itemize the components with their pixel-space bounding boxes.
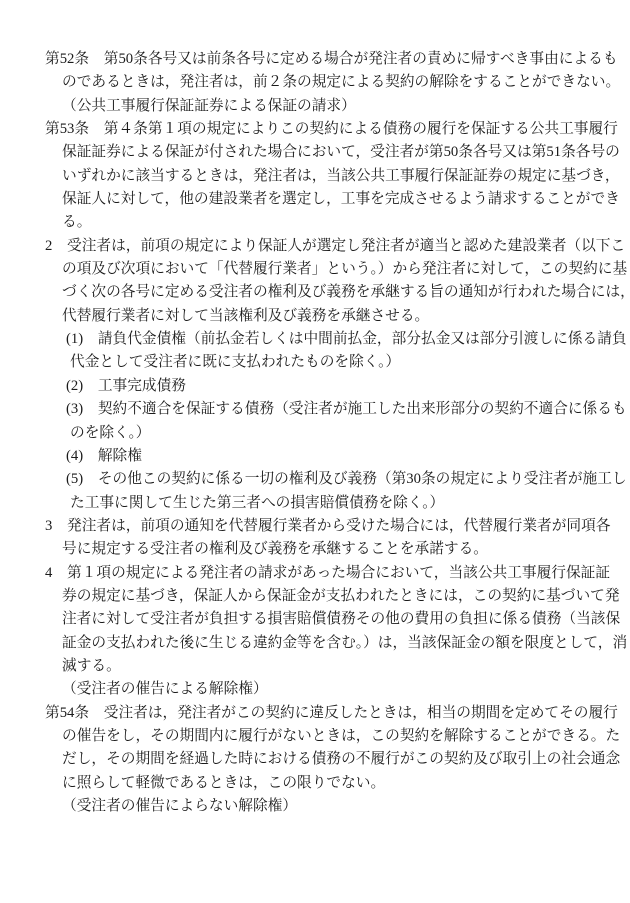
text-line: だし，その期間を経過した時における債務の不履行がこの契約及び取引上の社会通念 xyxy=(62,748,623,771)
text-line: (2) 工事完成債務 xyxy=(66,375,623,398)
text-line: (1) 請負代金債権（前払金若しくは中間前払金，部分払金又は部分引渡しに係る請負 xyxy=(66,328,623,351)
section-heading-bond-request: （公共工事履行保証証券による保証の請求） xyxy=(45,95,623,118)
section-heading-termination-with-notice: （受注者の催告による解除権） xyxy=(45,678,623,701)
article-53-paragraph-4: 4 第１項の規定による発注者の請求があった場合において，当該公共工事履行保証証券… xyxy=(45,562,623,679)
text-line: に照らして軽微であるときは，この限りでない。 xyxy=(62,772,623,795)
article-53-paragraph-2-item-3: (3) 契約不適合を保証する債務（受注者が施工した出来形部分の契約不適合に係るも… xyxy=(45,398,623,445)
article-53-paragraph-2-item-4: (4) 解除権 xyxy=(45,445,623,468)
text-line: （受注者の催告によらない解除権） xyxy=(62,795,623,818)
article-53-paragraph-2: 2 受注者は，前項の規定により保証人が選定し発注者が適当と認めた建設業者（以下こ… xyxy=(45,235,623,328)
text-line: （受注者の催告による解除権） xyxy=(62,678,623,701)
article-54: 第54条 受注者は，発注者がこの契約に違反したときは，相当の期間を定めてその履行… xyxy=(45,702,623,795)
text-line: 2 受注者は，前項の規定により保証人が選定し発注者が適当と認めた建設業者（以下こ xyxy=(45,235,623,258)
text-line: 4 第１項の規定による発注者の請求があった場合において，当該公共工事履行保証証 xyxy=(45,562,623,585)
text-line: （公共工事履行保証証券による保証の請求） xyxy=(62,95,623,118)
text-line: 第54条 受注者は，発注者がこの契約に違反したときは，相当の期間を定めてその履行 xyxy=(45,702,623,725)
text-line: 証金の支払われた後に生じる違約金等を含む。）は，当該保証金の額を限度として，消 xyxy=(62,632,623,655)
text-line: 保証人に対して，他の建設業者を選定し，工事を完成させるよう請求することができ xyxy=(62,188,623,211)
article-52: 第52条 第50条各号又は前条各号に定める場合が発注者の責めに帰すべき事由による… xyxy=(45,48,623,95)
article-53-paragraph-1: 第53条 第４条第１項の規定によりこの契約による債務の履行を保証する公共工事履行… xyxy=(45,118,623,235)
article-53-paragraph-2-item-5: (5) その他この契約に係る一切の権利及び義務（第30条の規定により受注者が施工… xyxy=(45,468,623,515)
document-page: 第52条 第50条各号又は前条各号に定める場合が発注者の責めに帰すべき事由による… xyxy=(0,0,630,903)
text-line: 3 発注者は，前項の通知を代替履行業者から受けた場合には，代替履行業者が同項各 xyxy=(45,515,623,538)
text-line: た工事に関して生じた第三者への損害賠償債務を除く。） xyxy=(70,492,623,515)
article-53-paragraph-2-item-1: (1) 請負代金債権（前払金若しくは中間前払金，部分払金又は部分引渡しに係る請負… xyxy=(45,328,623,375)
text-line: 注者に対して受注者が負担する損害賠償債務その他の費用の負担に係る債務（当該保 xyxy=(62,608,623,631)
section-heading-termination-without-notice: （受注者の催告によらない解除権） xyxy=(45,795,623,818)
document-body: 第52条 第50条各号又は前条各号に定める場合が発注者の責めに帰すべき事由による… xyxy=(45,48,623,818)
text-line: る。 xyxy=(62,211,623,234)
text-line: 代替履行業者に対して当該権利及び義務を承継させる。 xyxy=(62,305,623,328)
text-line: づく次の各号に定める受注者の権利及び義務を承継する旨の通知が行われた場合には， xyxy=(62,281,623,304)
article-53-paragraph-2-item-2: (2) 工事完成債務 xyxy=(45,375,623,398)
text-line: 代金として受注者に既に支払われたものを除く。） xyxy=(70,351,623,374)
text-line: 第53条 第４条第１項の規定によりこの契約による債務の履行を保証する公共工事履行 xyxy=(45,118,623,141)
text-line: いずれかに該当するときは，発注者は，当該公共工事履行保証証券の規定に基づき， xyxy=(62,165,623,188)
text-line: (4) 解除権 xyxy=(66,445,623,468)
text-line: (5) その他この契約に係る一切の権利及び義務（第30条の規定により受注者が施工… xyxy=(66,468,623,491)
text-line: の催告をし，その期間内に履行がないときは，この契約を解除することができる。た xyxy=(62,725,623,748)
text-line: のを除く。） xyxy=(70,422,623,445)
text-line: のであるときは，発注者は，前２条の規定による契約の解除をすることができない。 xyxy=(62,71,623,94)
text-line: の項及び次項において「代替履行業者」という。）から発注者に対して，この契約に基 xyxy=(62,258,623,281)
text-line: 滅する。 xyxy=(62,655,623,678)
text-line: (3) 契約不適合を保証する債務（受注者が施工した出来形部分の契約不適合に係るも xyxy=(66,398,623,421)
text-line: 第52条 第50条各号又は前条各号に定める場合が発注者の責めに帰すべき事由による… xyxy=(45,48,623,71)
text-line: 保証証券による保証が付された場合において，受注者が第50条各号又は第51条各号の xyxy=(62,141,623,164)
text-line: 券の規定に基づき，保証人から保証金が支払われたときには，この契約に基づいて発 xyxy=(62,585,623,608)
article-53-paragraph-3: 3 発注者は，前項の通知を代替履行業者から受けた場合には，代替履行業者が同項各号… xyxy=(45,515,623,562)
text-line: 号に規定する受注者の権利及び義務を承継することを承諾する。 xyxy=(62,538,623,561)
